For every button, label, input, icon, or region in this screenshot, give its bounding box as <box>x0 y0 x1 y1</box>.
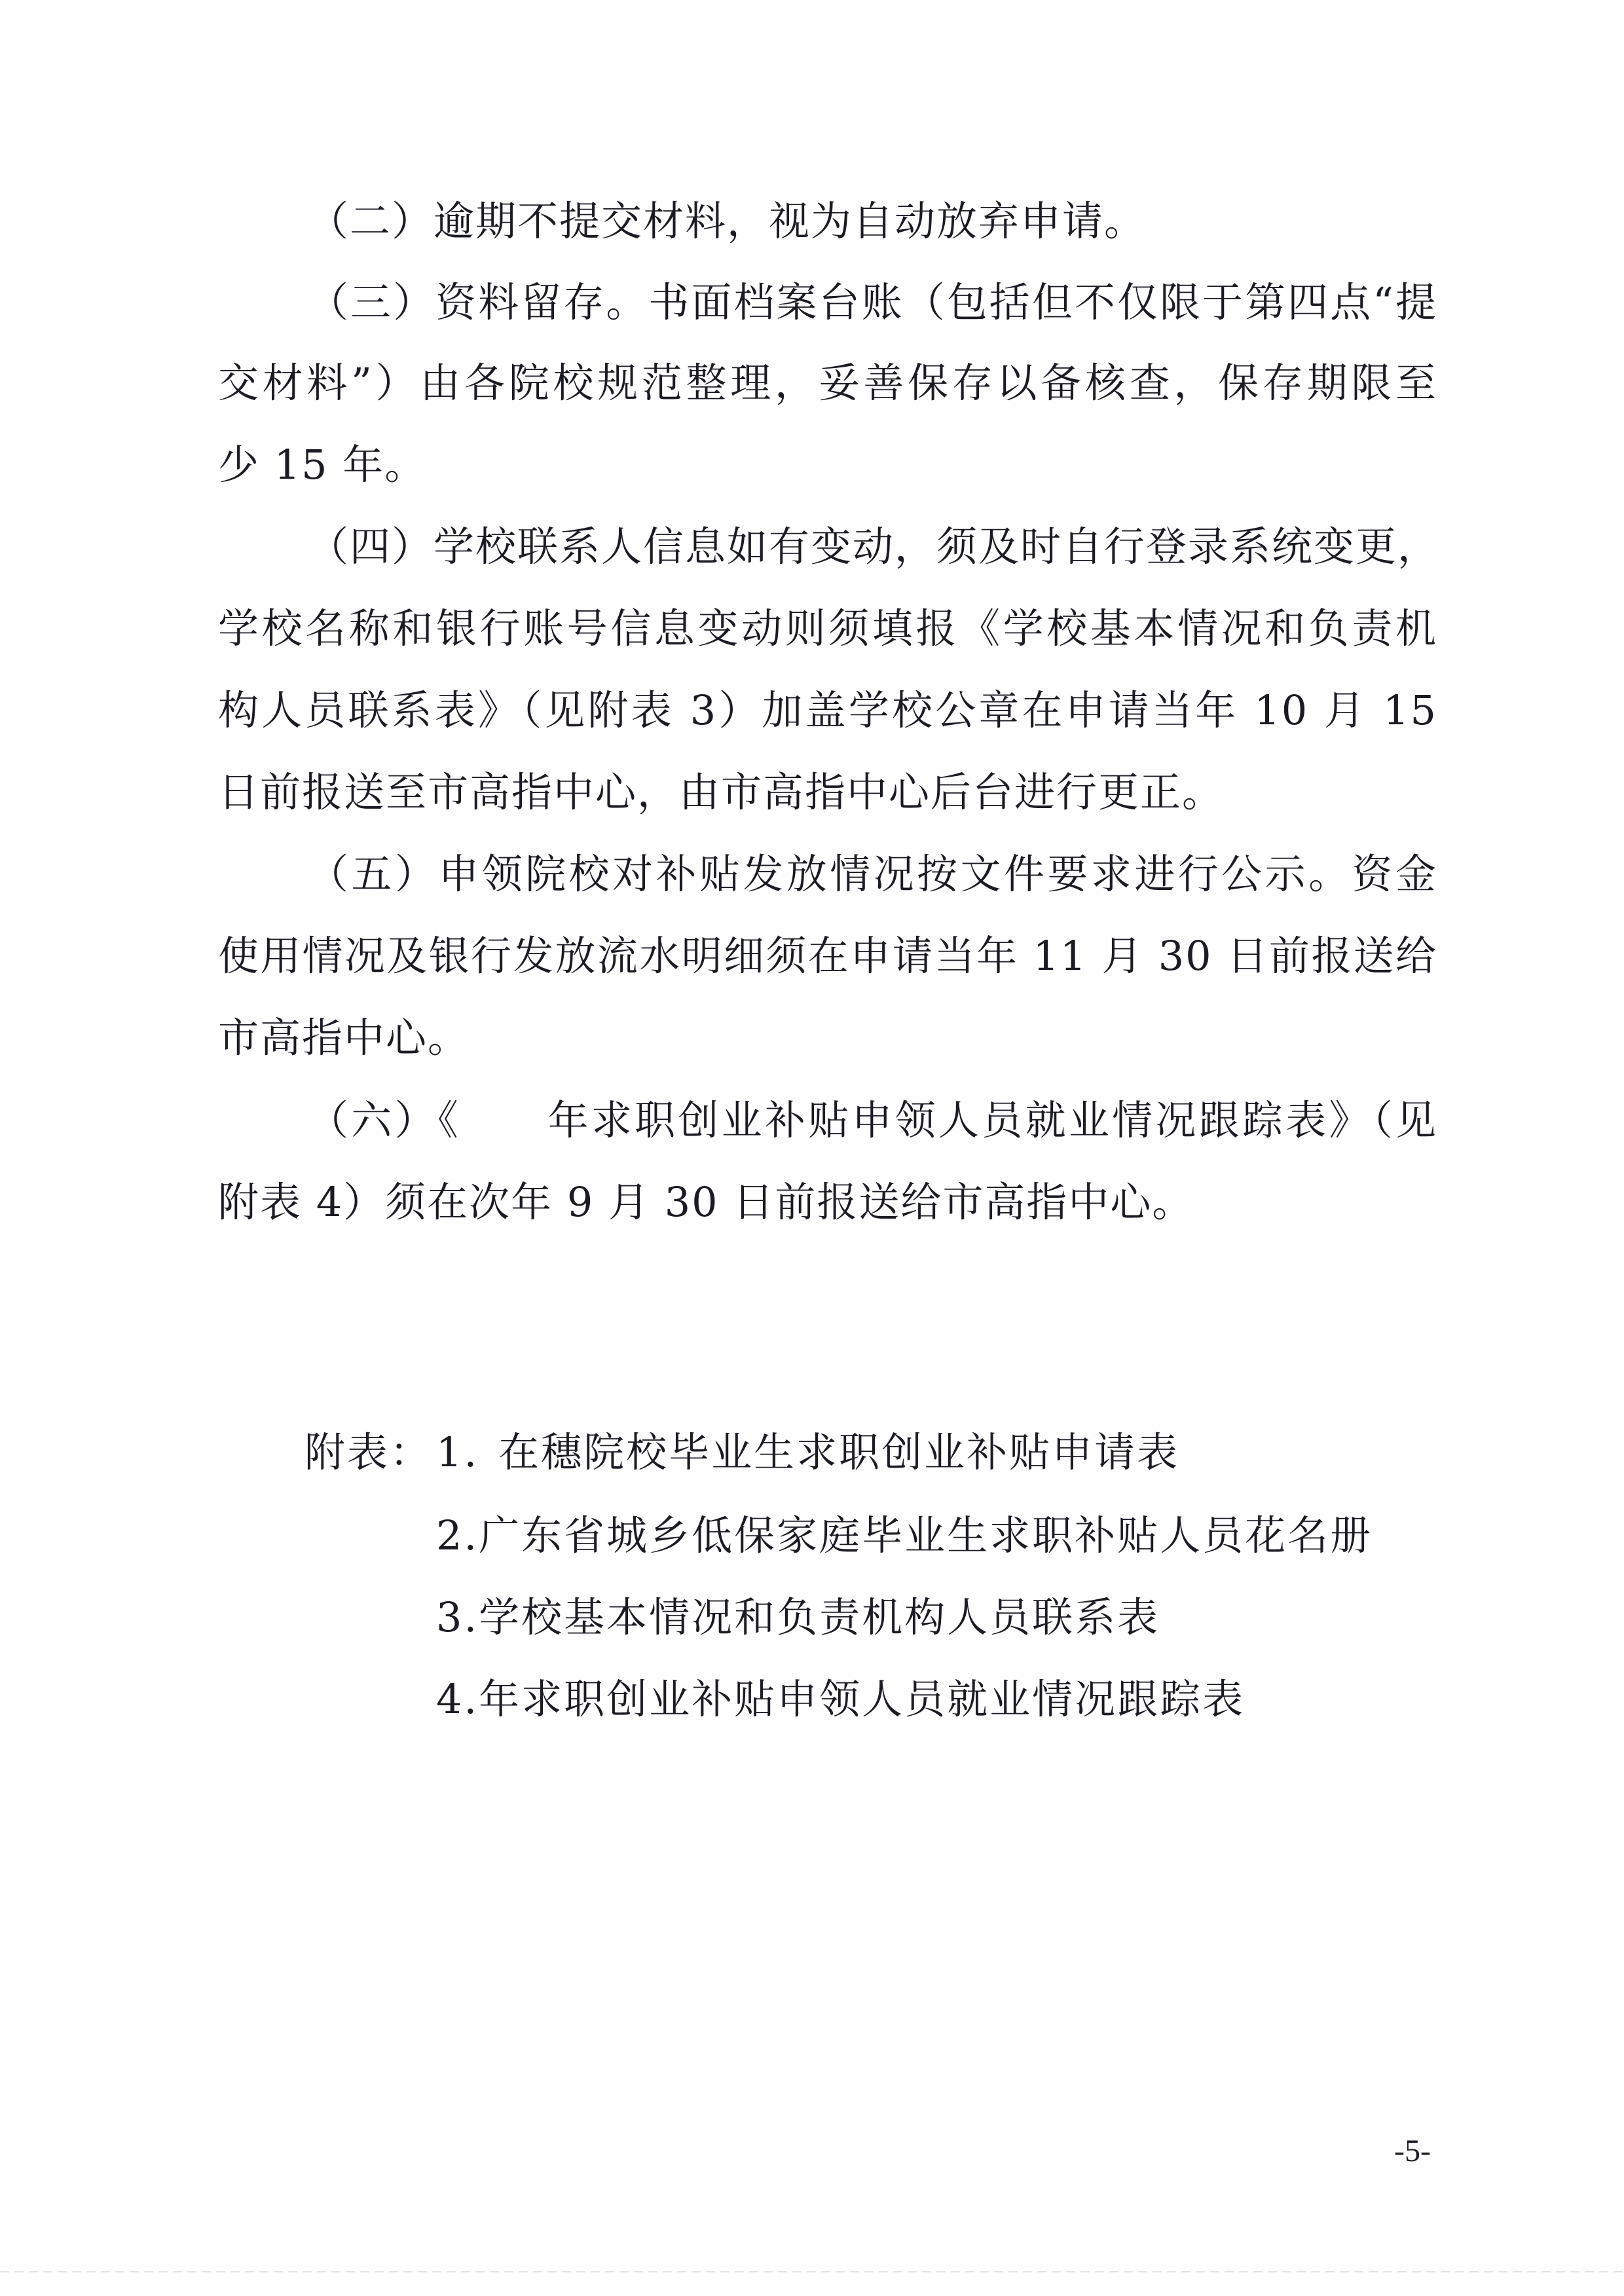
paragraph-2-line-1: （二）逾期不提交材料，视为自动放弃申请。 <box>308 192 1437 251</box>
paragraph-6-line-1: （六）《 年求职创业补贴申领人员就业情况跟踪表》（见 <box>308 1091 1437 1150</box>
attachments-label: 附表： <box>304 1423 432 1482</box>
page-number: -5- <box>1383 2135 1442 2168</box>
attachment-title: 年求职创业补贴申领人员就业情况跟踪表 <box>479 1675 1245 1723</box>
paragraph-4-line-3: 构人员联系表》（见附表 3）加盖学校公章在申请当年 10 月 15 <box>218 681 1437 740</box>
paragraph-5-line-3: 市高指中心。 <box>218 1009 1437 1067</box>
paragraph-3-line-1: （三）资料留存。书面档案台账（包括但不仅限于第四点“提 <box>308 273 1437 332</box>
attachment-number: 4. <box>436 1675 479 1723</box>
attachment-title: 学校基本情况和负责机构人员联系表 <box>479 1593 1160 1641</box>
paragraph-6-line-2: 附表 4）须在次年 9 月 30 日前报送给市高指中心。 <box>218 1173 1437 1232</box>
paragraph-4-line-4: 日前报送至市高指中心，由市高指中心后台进行更正。 <box>218 763 1437 822</box>
document-page: （二）逾期不提交材料，视为自动放弃申请。 （三）资料留存。书面档案台账（包括但不… <box>0 0 1624 2296</box>
paragraph-5-line-2: 使用情况及银行发放流水明细须在申请当年 11 月 30 日前报送给 <box>218 927 1437 986</box>
attachment-number: 2. <box>436 1511 479 1559</box>
attachment-item-1: 1.在穗院校毕业生求职创业补贴申请表 <box>436 1423 1179 1482</box>
paragraph-4-line-2: 学校名称和银行账号信息变动则须填报《学校基本情况和负责机 <box>218 599 1437 658</box>
attachment-number: 3. <box>436 1593 479 1641</box>
paragraph-5-line-1: （五）申领院校对补贴发放情况按文件要求进行公示。资金 <box>308 845 1437 904</box>
paragraph-4-line-1: （四）学校联系人信息如有变动，须及时自行登录系统变更， <box>308 517 1437 576</box>
paragraph-3-line-2: 交材料”）由各院校规范整理，妥善保存以备核查，保存期限至 <box>218 354 1437 413</box>
attachment-title: 在穗院校毕业生求职创业补贴申请表 <box>498 1428 1179 1476</box>
attachment-title: 广东省城乡低保家庭毕业生求职补贴人员花名册 <box>479 1511 1373 1559</box>
attachment-number: 1. <box>436 1428 479 1476</box>
attachment-item-4: 4.年求职创业补贴申领人员就业情况跟踪表 <box>436 1670 1245 1729</box>
attachment-item-2: 2.广东省城乡低保家庭毕业生求职补贴人员花名册 <box>436 1506 1373 1565</box>
scan-edge-divider <box>0 2271 1624 2272</box>
paragraph-3-line-3: 少 15 年。 <box>218 435 1437 494</box>
attachment-item-3: 3.学校基本情况和负责机构人员联系表 <box>436 1588 1160 1647</box>
